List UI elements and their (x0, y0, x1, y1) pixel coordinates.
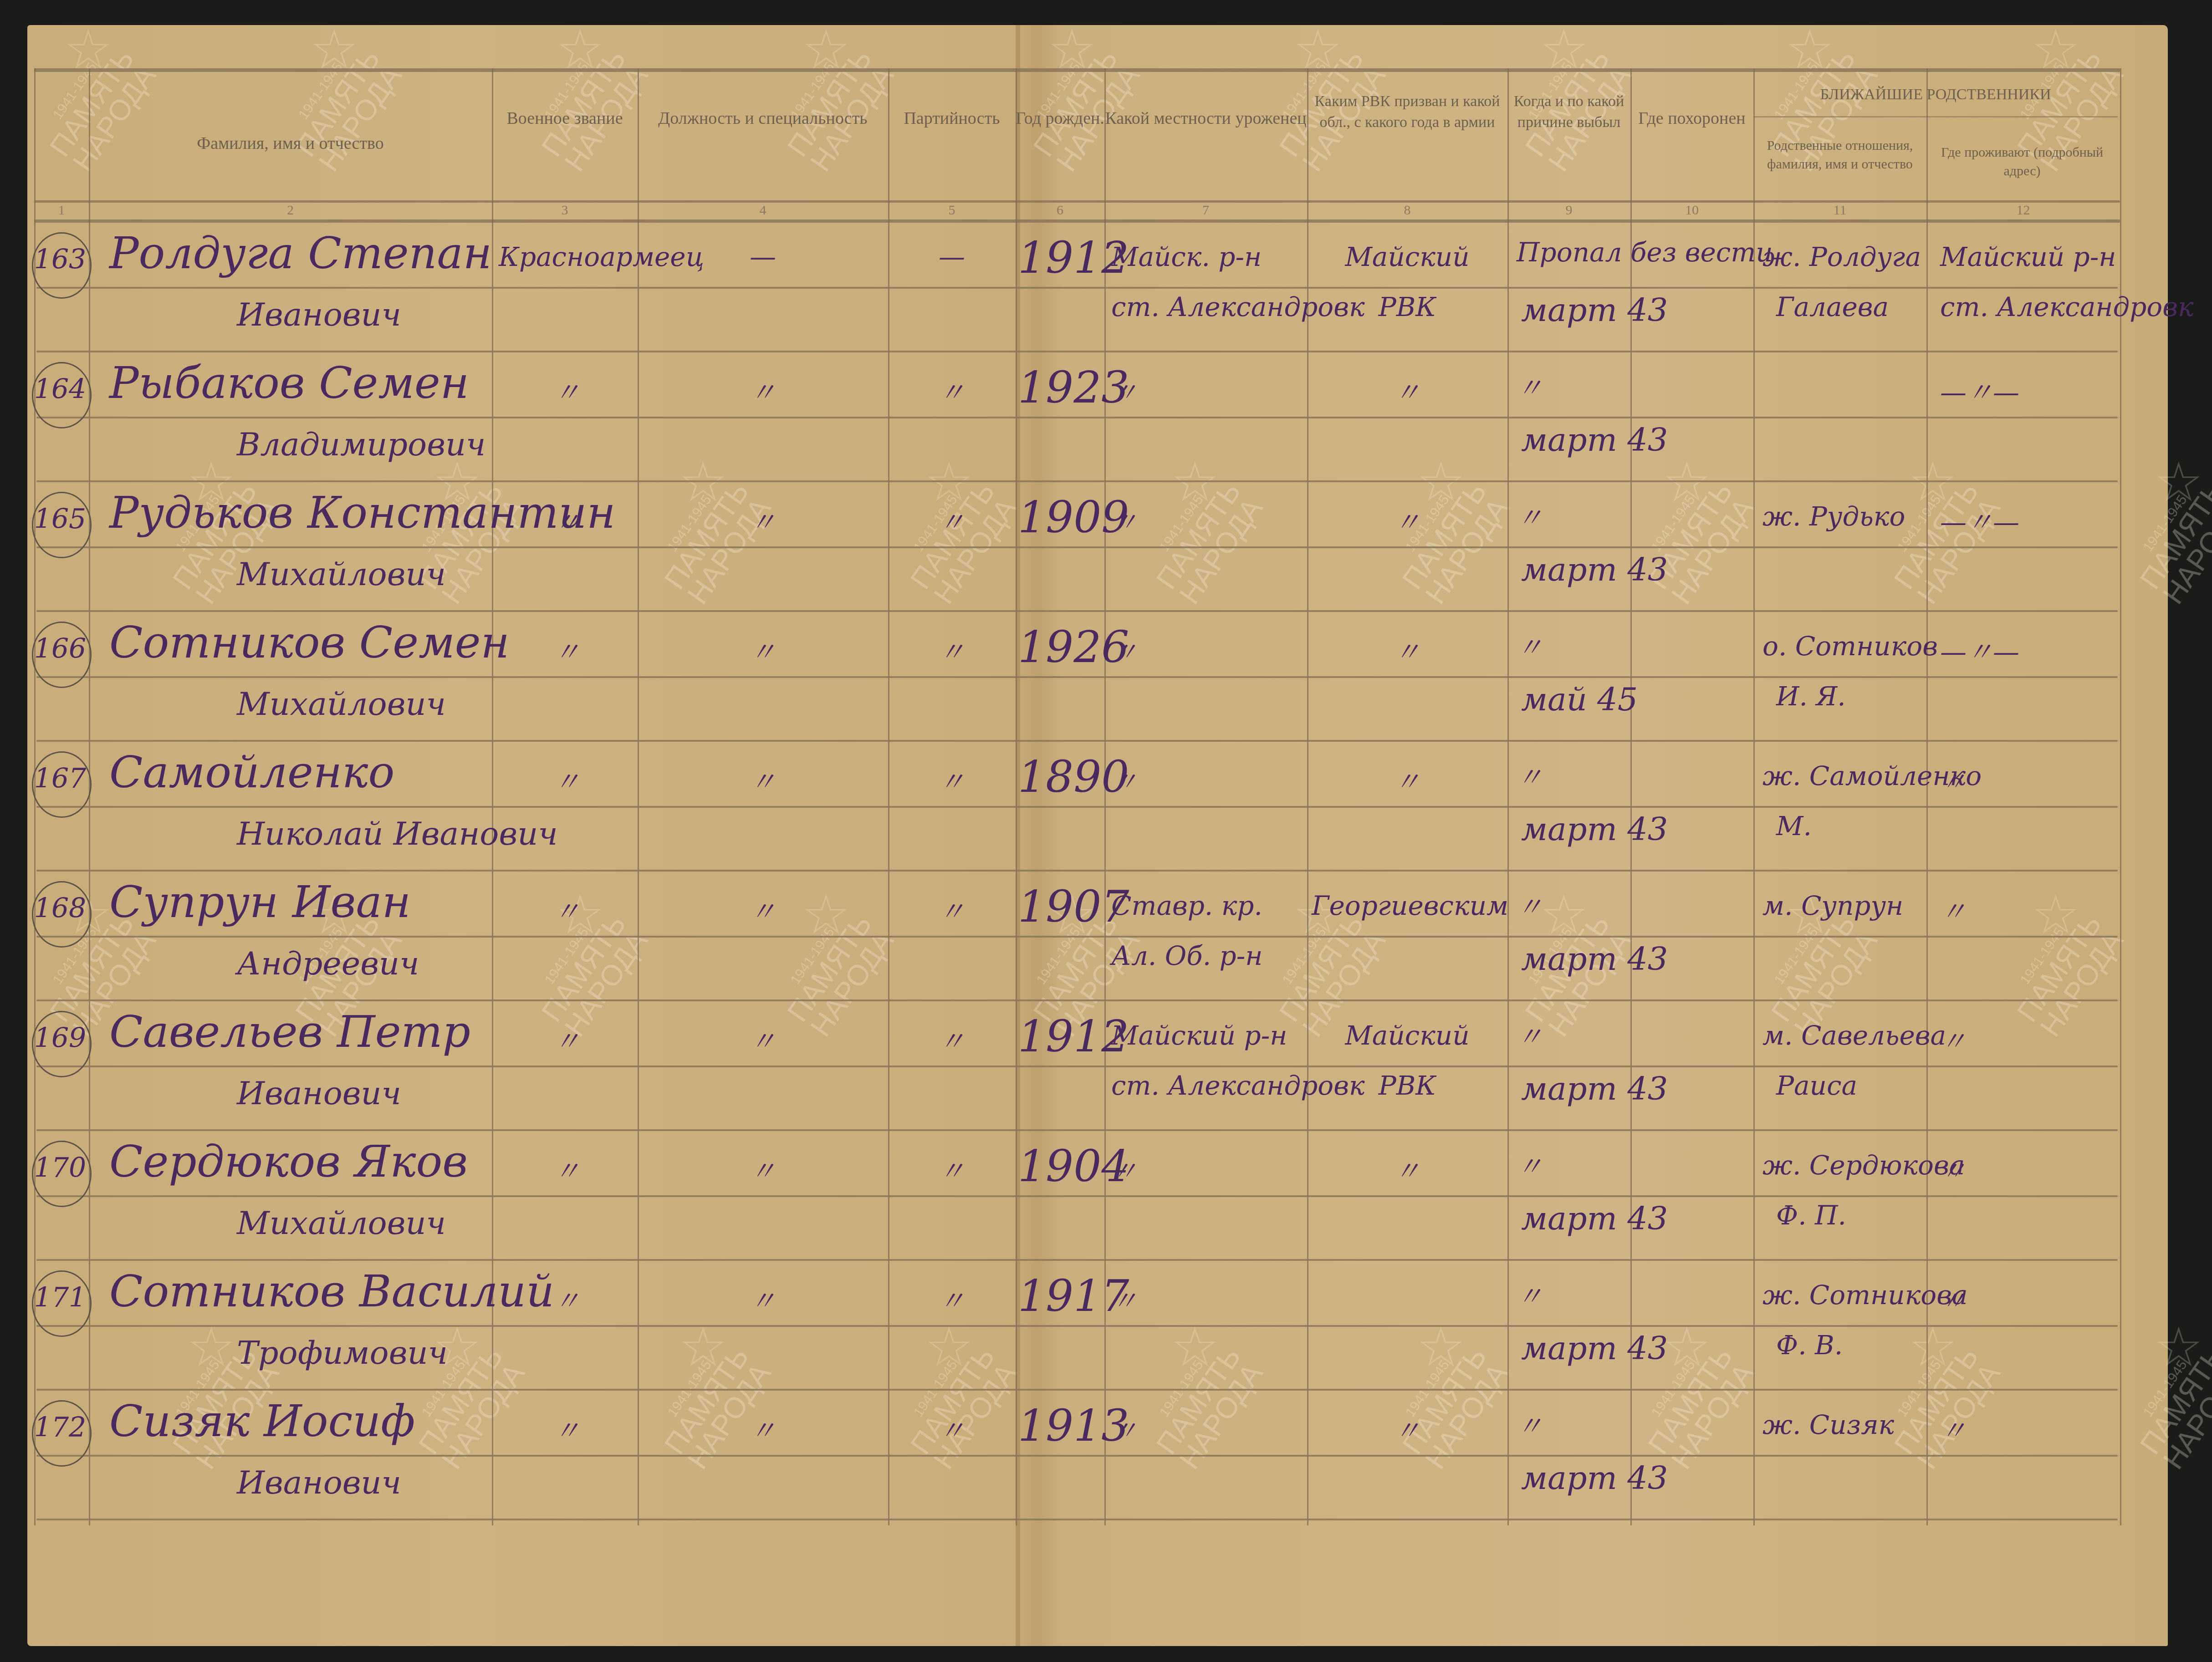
position: 〃 (638, 501, 888, 539)
column-number: 9 (1507, 203, 1630, 218)
military-rank: Красноармеец (499, 241, 635, 272)
left-reason: 〃 (1517, 756, 1543, 794)
military-rank: 〃 (499, 1150, 635, 1188)
left-reason: 〃 (1517, 1145, 1543, 1183)
row-rule (36, 676, 2118, 678)
full-name: Сотников Семен (109, 617, 510, 668)
patronymic: Михайлович (237, 556, 446, 593)
left-date: март 43 (1521, 1459, 1668, 1497)
party: 〃 (888, 760, 1016, 799)
rvk-line-1: Георгиевским (1312, 890, 1503, 921)
row-rule (36, 870, 2118, 872)
patronymic: Михайлович (237, 685, 446, 723)
row-rule (36, 1129, 2118, 1131)
origin-line-1: 〃 (1111, 501, 1138, 539)
patronymic: Иванович (237, 1075, 401, 1112)
address-line-1: —〃— (1940, 631, 2019, 669)
relative-initials: Ф. П. (1776, 1200, 1846, 1231)
rvk-line-1: 〃 (1312, 501, 1503, 539)
header-address: Где проживают (подробный адрес) (1926, 143, 2118, 180)
position: 〃 (638, 371, 888, 409)
row-number: 172 (31, 1412, 90, 1443)
rvk-line-1: 〃 (1312, 1150, 1503, 1188)
header-buried: Где похоронен (1630, 107, 1753, 130)
position: 〃 (638, 1150, 888, 1188)
origin-line-1: 〃 (1111, 631, 1138, 669)
military-rank: 〃 (499, 371, 635, 409)
row-rule (36, 287, 2118, 289)
relative-name: ж. Ролдуга (1762, 241, 1921, 272)
row-rule (36, 806, 2118, 808)
row-rule (36, 1455, 2118, 1457)
party: 〃 (888, 1409, 1016, 1448)
column-divider (2120, 68, 2121, 1525)
party: 〃 (888, 371, 1016, 409)
party: 〃 (888, 1280, 1016, 1318)
row-number: 170 (31, 1152, 90, 1184)
origin-line-1: 〃 (1111, 1280, 1138, 1318)
header-full-name: Фамилия, имя и отчество (89, 132, 492, 155)
origin-line-1: Ставр. кр. (1111, 890, 1262, 921)
relative-initials: М. (1776, 811, 1812, 841)
relatives-group-rule (1753, 116, 2118, 117)
patronymic: Владимирович (237, 426, 486, 463)
row-rule (36, 936, 2118, 938)
header-military-rank: Военное звание (492, 107, 638, 130)
party: 〃 (888, 890, 1016, 928)
row-rule (36, 1519, 2118, 1520)
rvk-line-1: Майский (1312, 241, 1503, 272)
header-relative-name: Родственные отношения, фамилия, имя и от… (1753, 137, 1926, 173)
column-number: 12 (1926, 203, 2120, 218)
left-date: март 43 (1521, 940, 1668, 978)
relative-initials: Раиса (1776, 1070, 1857, 1101)
party: 〃 (888, 501, 1016, 539)
left-reason: 〃 (1517, 886, 1543, 924)
relative-name: м. Савельева (1762, 1020, 1946, 1051)
position: 〃 (638, 1409, 888, 1448)
row-rule (36, 1389, 2118, 1391)
left-reason: 〃 (1517, 367, 1543, 405)
column-number-rule (34, 219, 2120, 223)
rvk-line-1: 〃 (1312, 760, 1503, 799)
rvk-line-2: РВК (1312, 291, 1503, 322)
column-number: 7 (1104, 203, 1307, 218)
row-number: 165 (31, 503, 90, 535)
patronymic: Николай Иванович (237, 815, 558, 852)
rvk-line-1: Майский (1312, 1020, 1503, 1051)
party: 〃 (888, 1020, 1016, 1058)
header-party: Партийность (888, 107, 1016, 130)
row-rule (36, 480, 2118, 482)
address-line-1: —〃— (1940, 501, 2019, 539)
full-name: Ролдуга Степан (109, 228, 492, 279)
row-number: 167 (31, 763, 90, 795)
party: 〃 (888, 631, 1016, 669)
origin-line-1: Майск. р-н (1111, 241, 1262, 272)
header-top-rule (34, 68, 2120, 72)
row-number: 163 (31, 244, 90, 275)
row-rule (36, 610, 2118, 612)
left-date: март 43 (1521, 811, 1668, 848)
header-birth-year: Год рожден. (1016, 107, 1104, 130)
address-line-1: 〃 (1940, 760, 1967, 799)
column-number: 11 (1753, 203, 1926, 218)
patronymic: Иванович (237, 296, 401, 333)
full-name: Самойленко (109, 747, 394, 798)
patronymic: Трофимович (237, 1334, 448, 1371)
relative-name: ж. Сотникова (1762, 1280, 1968, 1310)
row-rule (36, 1325, 2118, 1327)
header-relatives-group: БЛИЖАЙШИЕ РОДСТВЕННИКИ (1753, 84, 2118, 105)
position: 〃 (638, 1280, 888, 1318)
relative-name: ж. Рудько (1762, 501, 1905, 532)
position: 〃 (638, 1020, 888, 1058)
patronymic: Андреевич (237, 945, 419, 982)
address-line-2: ст. Александровк (1940, 291, 2194, 322)
relative-name: ж. Сердюкова (1762, 1150, 1965, 1181)
row-number: 171 (31, 1282, 90, 1314)
column-number: 4 (638, 203, 888, 218)
left-date: март 43 (1521, 1070, 1668, 1107)
position: 〃 (638, 760, 888, 799)
row-rule (36, 351, 2118, 352)
row-rule (36, 417, 2118, 418)
origin-line-1: 〃 (1111, 1409, 1138, 1448)
address-line-1: 〃 (1940, 1150, 1967, 1188)
left-reason: 〃 (1517, 626, 1543, 664)
address-line-1: Майский р-н (1940, 241, 2116, 272)
position: — (638, 241, 888, 272)
address-line-1: 〃 (1940, 1280, 1967, 1318)
address-line-1: 〃 (1940, 890, 1967, 928)
relative-initials: Галаева (1776, 291, 1889, 322)
row-rule (36, 1195, 2118, 1197)
left-reason: 〃 (1517, 496, 1543, 535)
header-position: Должность и специальность (638, 107, 888, 130)
row-number: 166 (31, 633, 90, 665)
rvk-line-1: 〃 (1312, 631, 1503, 669)
origin-line-1: 〃 (1111, 760, 1138, 799)
military-rank: 〃 (499, 890, 635, 928)
left-date: март 43 (1521, 551, 1668, 588)
column-number: 10 (1630, 203, 1753, 218)
origin-line-1: 〃 (1111, 1150, 1138, 1188)
column-number: 5 (888, 203, 1016, 218)
origin-line-1: Майский р-н (1111, 1020, 1287, 1051)
row-rule (36, 546, 2118, 548)
row-number: 169 (31, 1022, 90, 1054)
military-rank: 〃 (499, 631, 635, 669)
column-number: 1 (34, 203, 89, 218)
column-number: 6 (1016, 203, 1104, 218)
military-rank: 〃 (499, 1280, 635, 1318)
header-military-rank-text: Военное звание (506, 109, 623, 128)
row-rule (36, 740, 2118, 742)
full-name: Супрун Иван (109, 877, 411, 928)
row-number: 168 (31, 892, 90, 924)
column-number: 3 (492, 203, 638, 218)
row-rule (36, 1259, 2118, 1261)
address-line-1: —〃— (1940, 371, 2019, 409)
position: 〃 (638, 631, 888, 669)
left-reason: 〃 (1517, 1275, 1543, 1313)
address-line-1: 〃 (1940, 1409, 1967, 1448)
military-rank: 〃 (499, 501, 635, 539)
origin-line-1: 〃 (1111, 371, 1138, 409)
party: — (888, 241, 1016, 272)
full-name: Сизяк Иосиф (109, 1396, 415, 1447)
left-date: март 43 (1521, 291, 1668, 329)
relative-initials: И. Я. (1776, 681, 1846, 712)
relative-initials: Ф. В. (1776, 1330, 1843, 1361)
party: 〃 (888, 1150, 1016, 1188)
left-reason: Пропал без вести (1517, 237, 1773, 268)
patronymic: Иванович (237, 1464, 401, 1501)
left-date: март 43 (1521, 1330, 1668, 1367)
rvk-line-2: РВК (1312, 1070, 1503, 1101)
column-number: 2 (89, 203, 492, 218)
relative-name: ж. Сизяк (1762, 1409, 1894, 1440)
position: 〃 (638, 890, 888, 928)
row-rule (36, 999, 2118, 1001)
left-date: май 45 (1521, 681, 1638, 718)
column-number: 8 (1307, 203, 1507, 218)
row-number: 164 (31, 373, 90, 405)
address-line-1: 〃 (1940, 1020, 1967, 1058)
full-name: Савельев Петр (109, 1006, 470, 1057)
origin-line-2: Ал. Об. р-н (1111, 940, 1262, 971)
military-rank: 〃 (499, 1409, 635, 1448)
relative-name: м. Супрун (1762, 890, 1903, 921)
military-rank: 〃 (499, 760, 635, 799)
header-origin: Какой местности уроженец (1104, 107, 1307, 130)
full-name: Рыбаков Семен (109, 357, 469, 408)
full-name: Сердюков Яков (109, 1136, 468, 1187)
rvk-line-1: 〃 (1312, 1409, 1503, 1448)
military-rank: 〃 (499, 1020, 635, 1058)
header-when-left: Когда и по какой причине выбыл (1507, 91, 1630, 133)
left-date: март 43 (1521, 421, 1668, 459)
rvk-line-1: 〃 (1312, 371, 1503, 409)
left-date: март 43 (1521, 1200, 1668, 1237)
left-reason: 〃 (1517, 1405, 1543, 1443)
left-reason: 〃 (1517, 1015, 1543, 1054)
header-rvk: Каким РВК призван и какой обл., с какого… (1307, 91, 1507, 133)
relative-name: о. Сотников (1762, 631, 1938, 662)
row-rule (36, 1066, 2118, 1067)
full-name: Сотников Василий (109, 1266, 554, 1317)
patronymic: Михайлович (237, 1204, 446, 1242)
